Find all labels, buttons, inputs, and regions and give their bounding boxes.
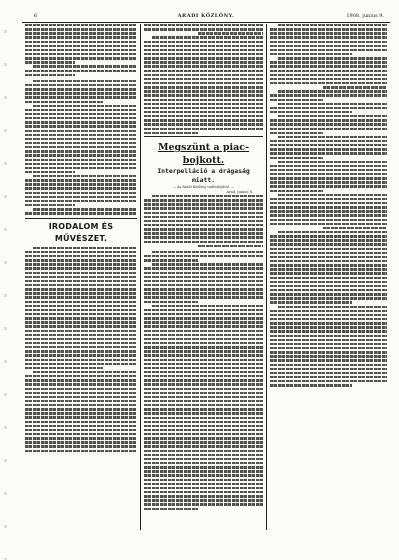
text-line xyxy=(144,433,263,435)
text-line xyxy=(144,309,263,311)
text-line xyxy=(25,61,75,63)
text-line xyxy=(270,78,387,80)
text-line xyxy=(270,28,387,30)
text-line xyxy=(25,96,137,98)
text-line xyxy=(25,404,137,406)
text-line xyxy=(270,268,387,270)
text-line xyxy=(270,252,387,254)
text-line xyxy=(25,36,137,38)
text-line xyxy=(144,115,263,117)
text-line xyxy=(33,208,137,210)
text-line xyxy=(144,41,263,43)
text-line xyxy=(25,125,137,127)
text-line xyxy=(144,49,263,51)
text-line xyxy=(144,272,263,274)
text-line xyxy=(144,441,263,443)
text-line xyxy=(25,325,137,327)
text-line xyxy=(270,82,387,84)
text-line xyxy=(144,371,263,373)
text-line xyxy=(278,194,387,196)
text-line xyxy=(25,445,137,447)
text-line xyxy=(152,36,263,38)
text-line xyxy=(270,359,387,361)
text-line xyxy=(270,185,387,187)
text-line xyxy=(144,313,263,315)
text-line xyxy=(270,326,387,328)
text-line xyxy=(25,171,75,173)
text-line xyxy=(25,142,137,144)
text-line xyxy=(278,115,387,117)
text-line xyxy=(270,223,387,225)
text-line xyxy=(144,288,263,290)
text-line xyxy=(25,276,137,278)
text-line xyxy=(25,212,137,214)
text-line xyxy=(144,404,263,406)
text-line xyxy=(270,310,387,312)
text-line xyxy=(25,313,137,315)
text-line xyxy=(25,49,137,51)
text-line xyxy=(25,154,137,156)
text-line xyxy=(25,113,137,115)
text-line xyxy=(270,355,387,357)
text-line xyxy=(278,231,387,233)
text-line xyxy=(25,57,137,59)
text-line xyxy=(270,289,387,291)
text-line xyxy=(270,281,387,283)
text-line xyxy=(144,503,263,505)
text-line xyxy=(144,367,263,369)
text-line xyxy=(270,70,387,72)
issue-date: 1908. junius 9. xyxy=(346,10,384,22)
text-line xyxy=(144,224,263,226)
text-line xyxy=(25,392,137,394)
text-line xyxy=(144,119,263,121)
text-line xyxy=(144,363,263,365)
text-line xyxy=(270,210,387,212)
text-line xyxy=(25,330,137,332)
text-line xyxy=(25,117,137,119)
text-line xyxy=(270,181,387,183)
text-line xyxy=(270,364,387,366)
text-line xyxy=(25,101,103,103)
text-line xyxy=(270,45,387,47)
text-line xyxy=(270,107,387,109)
text-line xyxy=(270,351,387,353)
text-line xyxy=(270,285,387,287)
text-line xyxy=(144,284,263,286)
text-line xyxy=(25,437,137,439)
text-line xyxy=(25,388,137,390)
text-line xyxy=(144,78,263,80)
text-line xyxy=(198,245,263,247)
text-line xyxy=(25,309,137,311)
text-line xyxy=(270,235,387,237)
text-line xyxy=(25,280,137,282)
text-line xyxy=(144,74,263,76)
text-line xyxy=(144,454,263,456)
text-line xyxy=(270,335,387,337)
text-line xyxy=(144,86,263,88)
text-line xyxy=(144,383,263,385)
text-line xyxy=(144,53,263,55)
text-line xyxy=(144,292,263,294)
text-line xyxy=(25,272,137,274)
text-line xyxy=(144,24,263,26)
text-line xyxy=(33,371,137,373)
text-line xyxy=(270,243,387,245)
text-line xyxy=(278,103,387,105)
text-line xyxy=(144,228,263,230)
text-line xyxy=(270,376,387,378)
text-line xyxy=(25,28,137,30)
text-line xyxy=(144,350,263,352)
text-line xyxy=(270,165,387,167)
text-line xyxy=(144,70,263,72)
text-line xyxy=(25,183,137,185)
text-line xyxy=(270,148,387,150)
text-line xyxy=(144,107,263,109)
text-line xyxy=(144,483,263,485)
text-line xyxy=(270,277,387,279)
text-line xyxy=(270,372,387,374)
text-line xyxy=(270,41,387,43)
text-line xyxy=(25,200,137,202)
text-line xyxy=(25,359,137,361)
text-line xyxy=(25,92,137,94)
text-line xyxy=(25,109,137,111)
text-line xyxy=(144,61,263,63)
text-line xyxy=(25,429,137,431)
text-line xyxy=(144,255,263,257)
text-line xyxy=(25,450,137,452)
text-line xyxy=(270,202,387,204)
text-line xyxy=(144,212,263,214)
text-line xyxy=(25,163,137,165)
text-line xyxy=(278,24,387,26)
text-line xyxy=(144,317,263,319)
article-byline-text: — Az Aradi Közlöny tudósitójától. — xyxy=(173,185,235,189)
text-line xyxy=(270,36,387,38)
text-line xyxy=(25,134,137,136)
text-line xyxy=(25,296,137,298)
text-line xyxy=(323,86,387,88)
text-line xyxy=(270,32,387,34)
text-line xyxy=(144,375,263,377)
text-line xyxy=(25,367,103,369)
text-line xyxy=(144,445,263,447)
text-line xyxy=(25,32,137,34)
text-line xyxy=(25,53,137,55)
text-line xyxy=(152,251,263,253)
newspaper-page: 6 ARADI KÖZLÖNY. 1908. junius 9. IRODALO… xyxy=(22,10,390,530)
text-line xyxy=(144,301,198,303)
text-line xyxy=(270,318,387,320)
text-line xyxy=(25,334,137,336)
text-line xyxy=(25,150,137,152)
text-line xyxy=(25,421,137,423)
text-line xyxy=(25,88,137,90)
article-subtitle-text: Interpelláció a drágaság miatt. xyxy=(157,167,249,184)
text-line xyxy=(25,263,137,265)
text-line xyxy=(25,288,137,290)
scan-artifact xyxy=(4,0,7,560)
text-line xyxy=(25,138,137,140)
text-line xyxy=(144,338,263,340)
text-line xyxy=(144,458,263,460)
text-line xyxy=(270,272,387,274)
text-line xyxy=(25,167,137,169)
text-line xyxy=(152,305,263,307)
text-line xyxy=(33,65,137,67)
text-line xyxy=(144,388,263,390)
text-line xyxy=(25,70,137,72)
text-line xyxy=(270,297,387,299)
text-line xyxy=(270,132,323,134)
text-line xyxy=(270,53,352,55)
text-line xyxy=(25,425,137,427)
text-line xyxy=(270,322,387,324)
text-line xyxy=(144,57,263,59)
text-line xyxy=(144,103,263,105)
text-line xyxy=(144,280,263,282)
text-line xyxy=(270,140,387,142)
text-line xyxy=(144,276,263,278)
text-line xyxy=(144,203,263,205)
text-line xyxy=(144,111,263,113)
text-line xyxy=(144,462,263,464)
text-line xyxy=(270,152,387,154)
article-dateline-text: Arad, junius 8. xyxy=(226,190,253,194)
text-line xyxy=(144,65,263,67)
article-title-text: Megszünt a piac-bojkott. xyxy=(158,142,249,166)
text-line xyxy=(25,146,137,148)
text-line xyxy=(270,144,387,146)
text-line xyxy=(144,495,263,497)
text-line xyxy=(270,347,387,349)
text-line xyxy=(144,207,263,209)
text-line xyxy=(270,264,387,266)
text-line xyxy=(25,416,137,418)
text-line xyxy=(25,338,137,340)
text-line xyxy=(33,80,137,82)
text-line xyxy=(270,239,387,241)
text-line xyxy=(33,175,137,177)
text-line xyxy=(144,232,263,234)
text-line xyxy=(144,466,263,468)
columns: IRODALOM ÉS MŰVÉSZET. Megszünt a piac-bo… xyxy=(22,24,390,530)
text-line xyxy=(25,196,137,198)
text-line xyxy=(270,111,352,113)
column-3 xyxy=(266,24,390,530)
text-line xyxy=(25,433,137,435)
section-heading-irodalom: IRODALOM ÉS MŰVÉSZET. xyxy=(25,218,137,245)
column-2: Megszünt a piac-bojkott.Interpelláció a … xyxy=(140,24,266,530)
text-line xyxy=(144,90,263,92)
text-line xyxy=(25,251,137,253)
text-line xyxy=(144,491,263,493)
text-line xyxy=(144,128,263,130)
text-line xyxy=(25,259,137,261)
text-line xyxy=(278,57,387,59)
text-line xyxy=(144,359,263,361)
text-line xyxy=(144,412,263,414)
text-line xyxy=(25,342,137,344)
article-title: Megszünt a piac-bojkott. xyxy=(144,136,263,167)
text-line xyxy=(144,199,263,201)
text-line xyxy=(25,350,137,352)
text-line xyxy=(144,425,263,427)
text-line xyxy=(25,346,137,348)
text-line xyxy=(25,379,137,381)
text-line xyxy=(144,45,263,47)
text-line xyxy=(270,260,387,262)
text-line xyxy=(270,330,387,332)
text-line xyxy=(144,499,263,501)
text-line xyxy=(270,119,387,121)
text-line xyxy=(25,301,137,303)
text-line xyxy=(144,259,198,261)
text-line xyxy=(270,49,387,51)
text-line xyxy=(144,82,263,84)
text-line xyxy=(270,368,387,370)
text-line xyxy=(270,157,323,159)
text-line xyxy=(25,187,137,189)
text-line xyxy=(25,317,137,319)
text-line xyxy=(144,334,263,336)
text-line xyxy=(25,400,137,402)
text-line xyxy=(270,256,387,258)
text-line xyxy=(144,123,263,125)
text-line xyxy=(25,24,137,26)
text-line xyxy=(144,241,263,243)
text-line xyxy=(144,28,263,30)
text-line xyxy=(144,487,263,489)
text-line xyxy=(144,470,263,472)
text-line xyxy=(144,325,263,327)
text-line xyxy=(25,354,137,356)
text-line xyxy=(270,74,387,76)
text-line xyxy=(33,247,137,249)
text-line xyxy=(25,130,137,132)
text-line xyxy=(25,305,137,307)
text-line xyxy=(144,236,263,238)
text-line xyxy=(270,94,387,96)
text-line xyxy=(144,216,263,218)
text-line xyxy=(144,437,263,439)
text-line xyxy=(144,379,263,381)
text-line xyxy=(323,227,387,229)
text-line xyxy=(25,408,137,410)
text-line xyxy=(270,61,387,63)
text-line xyxy=(152,195,263,197)
text-line xyxy=(278,306,387,308)
text-line xyxy=(278,161,387,163)
text-line xyxy=(144,429,263,431)
text-line xyxy=(270,173,387,175)
text-line xyxy=(144,508,198,510)
text-line xyxy=(25,284,137,286)
text-line xyxy=(25,74,75,76)
text-line xyxy=(25,363,137,365)
text-line xyxy=(144,354,263,356)
text-line xyxy=(198,32,263,34)
text-line xyxy=(144,267,263,269)
text-line xyxy=(144,396,263,398)
text-line xyxy=(25,375,137,377)
text-line xyxy=(270,177,387,179)
text-line xyxy=(270,65,387,67)
text-line xyxy=(270,123,387,125)
column-1: IRODALOM ÉS MŰVÉSZET. xyxy=(22,24,140,530)
text-line xyxy=(270,214,387,216)
text-line xyxy=(25,204,75,206)
text-line xyxy=(25,321,137,323)
text-line xyxy=(144,450,263,452)
text-line xyxy=(144,408,263,410)
text-line xyxy=(144,400,263,402)
text-line xyxy=(25,396,137,398)
text-line xyxy=(144,474,263,476)
text-line xyxy=(144,417,263,419)
text-line xyxy=(270,301,352,303)
text-line xyxy=(25,179,137,181)
text-line xyxy=(270,99,323,101)
text-line xyxy=(270,128,387,130)
section-heading-irodalom-text: IRODALOM ÉS MŰVÉSZET. xyxy=(49,222,114,243)
text-line xyxy=(152,263,263,265)
text-line xyxy=(144,99,263,101)
text-line xyxy=(270,190,323,192)
text-line xyxy=(25,255,137,257)
text-line xyxy=(33,105,137,107)
text-line xyxy=(25,84,137,86)
text-line xyxy=(25,41,137,43)
text-line xyxy=(270,339,387,341)
text-line xyxy=(144,479,263,481)
text-line xyxy=(270,343,387,345)
masthead: 6 ARADI KÖZLÖNY. 1908. junius 9. xyxy=(22,10,390,23)
text-line xyxy=(270,293,387,295)
text-line xyxy=(25,441,137,443)
text-line xyxy=(144,296,263,298)
text-line xyxy=(144,392,263,394)
text-line xyxy=(25,412,137,414)
text-line xyxy=(144,220,263,222)
text-line xyxy=(25,45,137,47)
text-line xyxy=(25,121,137,123)
text-line xyxy=(144,421,263,423)
text-line xyxy=(278,136,387,138)
text-line xyxy=(270,198,387,200)
text-line xyxy=(25,267,137,269)
text-line xyxy=(144,342,263,344)
newspaper-title: ARADI KÖZLÖNY. xyxy=(22,10,390,22)
text-line xyxy=(25,159,137,161)
text-line xyxy=(144,132,198,134)
text-line xyxy=(270,206,387,208)
text-line xyxy=(144,346,263,348)
text-line xyxy=(270,314,387,316)
text-line xyxy=(25,383,137,385)
text-line xyxy=(25,192,137,194)
text-line xyxy=(270,169,387,171)
text-line xyxy=(270,219,387,221)
text-line xyxy=(278,90,387,92)
text-line xyxy=(144,94,263,96)
text-line xyxy=(270,380,387,382)
article-subtitle: Interpelláció a drágaság miatt. xyxy=(144,167,263,185)
text-line xyxy=(25,292,137,294)
